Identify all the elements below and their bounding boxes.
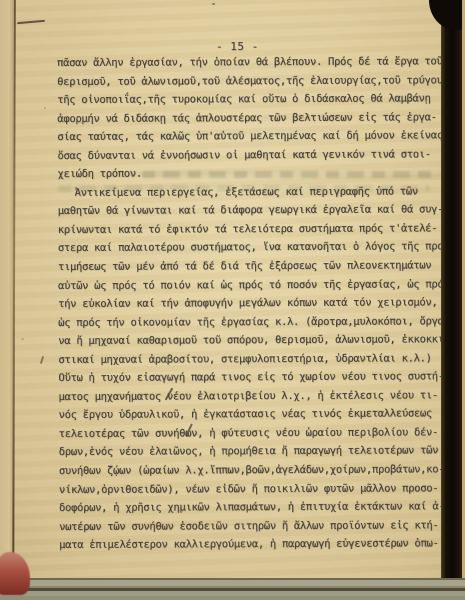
text-line: να ἤ μηχαναί καθαρισμοῦ τοῦ σπόρου, θερι…	[58, 330, 450, 350]
text-line: τήν εὐκολίαν καί τήν ἀποφυγήν μεγάλων κό…	[58, 293, 450, 313]
paper-speck	[44, 107, 46, 109]
text-line: στικαί μηχαναί ἀραβοσίτου, στεμφυλοπιεστ…	[58, 349, 450, 369]
book-edge-shadow-band	[441, 0, 462, 591]
text-line: δρων,ἑνός νέου ἐλαιῶνος, ἡ προμήθεια ἤ π…	[59, 442, 451, 462]
paper-speck	[21, 338, 24, 340]
text-line: θερισμοῦ, τοῦ ἁλωνισμοῦ,τοῦ ἁλέσματος,τῆ…	[57, 71, 449, 91]
text-line: στερα καί παλαιοτέρου συστήματος, ἵνα κα…	[58, 238, 450, 258]
text-line: κρίνωνται κατά τό ἐφικτόν τά τελειότερα …	[58, 219, 450, 239]
text-line: δοφόρων, ἡ χρῆσις χημικῶν λιπασμάτων, ἡ …	[59, 497, 451, 517]
text-line: ὅσας δύνανται νά ἐννοήσωσιν οἱ μαθηταί κ…	[57, 145, 449, 165]
text-line: πᾶσαν ἄλλην ἐργασίαν, τήν ὁποίαν θά βλέπ…	[57, 52, 449, 72]
text-line: νός ἔργου ὑδραυλικοῦ, ἡ ἐγκατάστασις νέα…	[59, 405, 451, 425]
text-line: τελειοτέρας τῶν συνήθων, ἡ φύτευσις νέου…	[59, 423, 451, 443]
page-left-margin-edge	[0, 0, 13, 592]
text-line: ἀφορμήν νά διδάσκῃ τάς ἁπλουστέρας τῶν β…	[57, 108, 449, 128]
text-line: σίας ταύτας, τάς καλῶς ὑπ'αὐτοῦ μελετημέ…	[57, 126, 449, 146]
paper-speck	[212, 3, 215, 5]
text-line: ματος μηχανήματος νέου ἐλαιοτριβείου λ.χ…	[58, 386, 450, 406]
text-line: Ἀντικείμενα περιεργείας, ἐξετάσεως καί π…	[58, 182, 450, 202]
text-line: νίκλων,ὀρνιθοειδῶν), νέων εἰδῶν ἤ ποικιλ…	[59, 479, 451, 499]
text-line: ὡς πρός τήν οἰκονομίαν τῆς ἐργασίας κ.λ.…	[58, 312, 450, 332]
text-line: τιμήσεως τῶν μέν ἀπό τά δέ διά τῆς ἐξάρσ…	[58, 256, 450, 276]
text-line: νωτέρων τῶν συνήθων ἐσοδειῶν σιτηρῶν ἤ ἄ…	[59, 516, 451, 536]
typewritten-text-block: πᾶσαν ἄλλην ἐργασίαν, τήν ὁποίαν θά βλέπ…	[57, 52, 451, 554]
page-number: - 15 -	[216, 40, 259, 53]
text-line: συνήθων ζῴων (ὡραίων λ.χ.ἵππων,βοῶν,ἀγελ…	[59, 460, 451, 480]
text-line: χειώδη τρόπον.	[57, 164, 449, 184]
scan-background-strip	[0, 578, 465, 600]
text-line: Οὕτω ἡ τυχόν εἰσαγωγή παρά τινος εἰς τό …	[58, 368, 450, 388]
text-line: ματα ἐπιμελέστερον καλλιεργούμενα, ἡ παρ…	[59, 535, 451, 555]
scanned-document-page: - 15 - πᾶσαν ἄλλην ἐργασίαν, τήν ὁποίαν …	[0, 0, 465, 600]
text-line: τῆς οἰνοποιΐας,τῆς τυροκομίας καί οὕτω ὁ…	[57, 89, 449, 109]
text-line: μαθητῶν θά γίνωνται καί τά διάφορα γεωργ…	[58, 201, 450, 221]
text-line: αὐτῶν ὡς πρός τό ποιόν καί ὡς πρός τό πο…	[58, 275, 450, 295]
